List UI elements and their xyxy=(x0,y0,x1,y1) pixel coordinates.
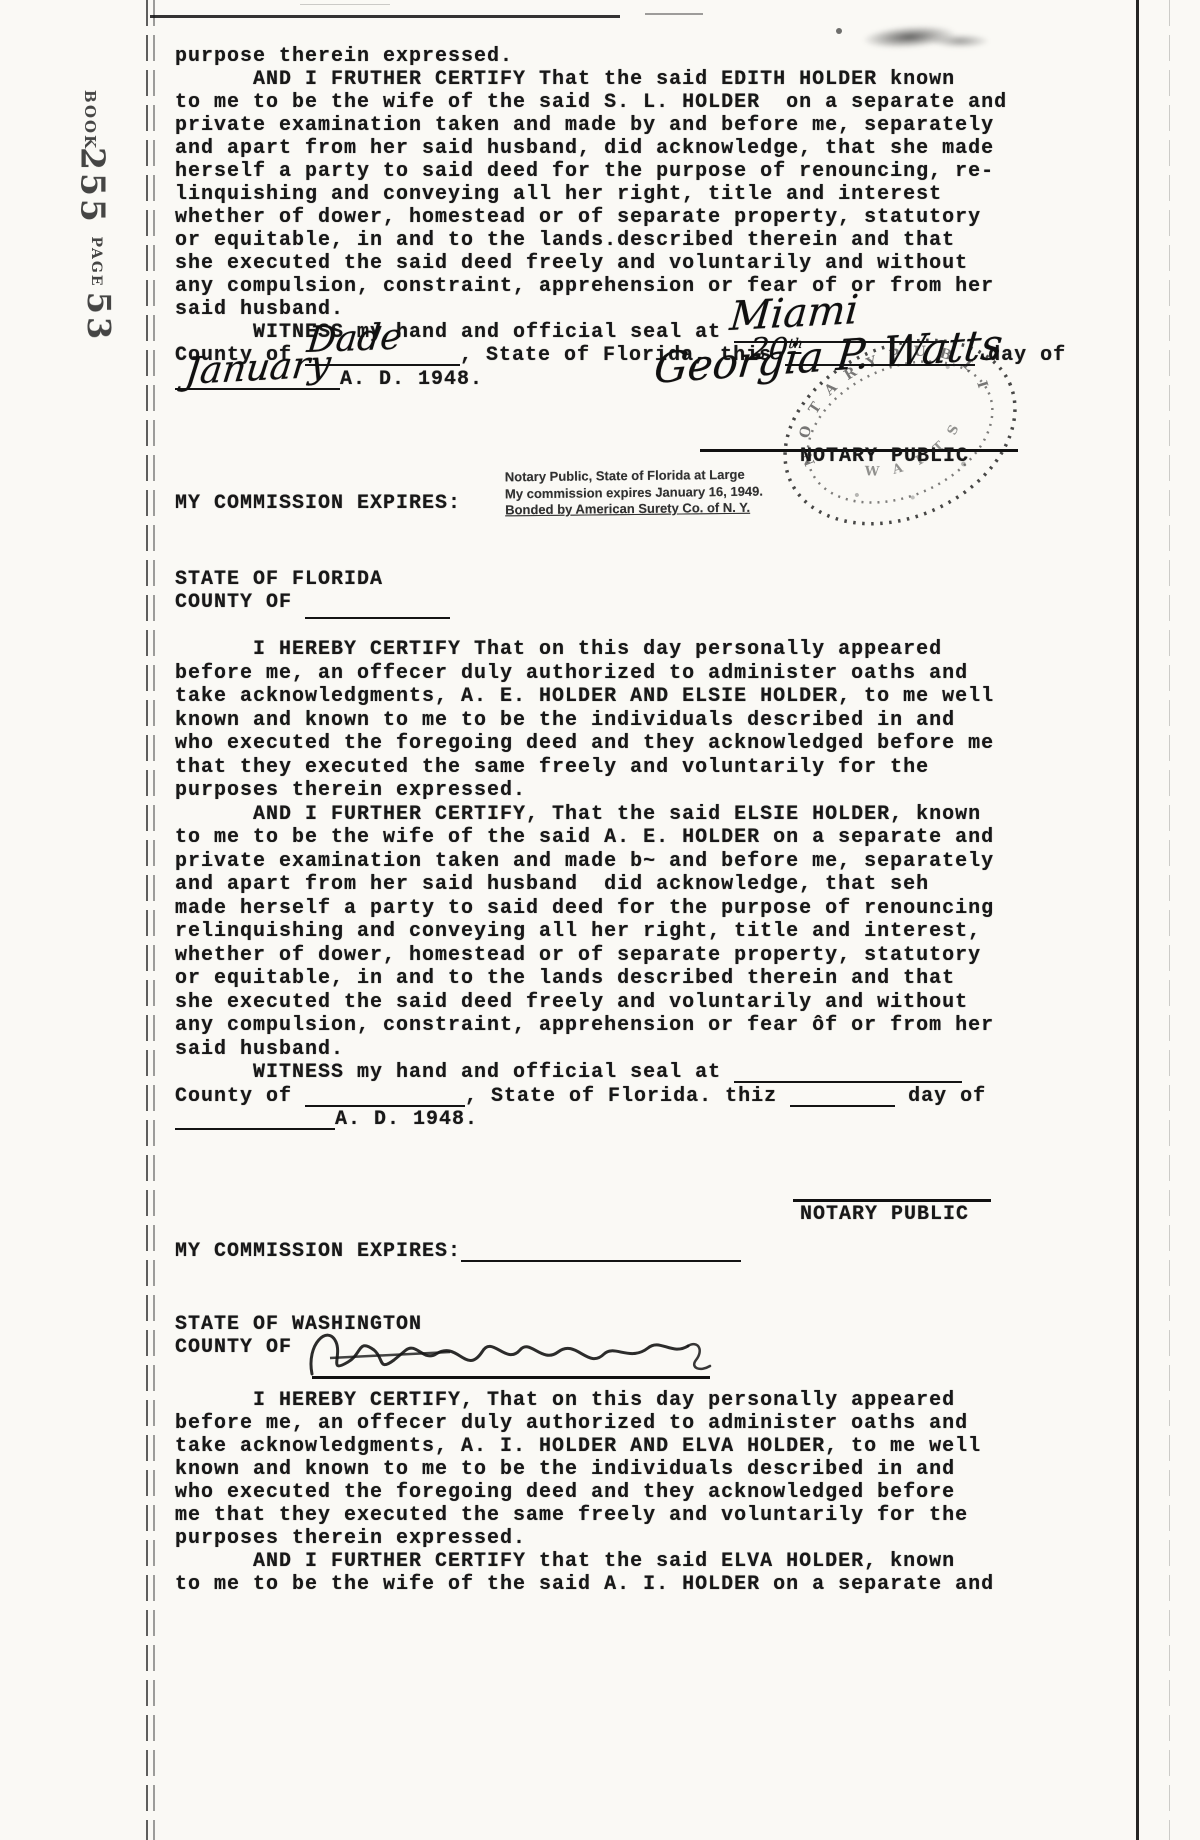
stamp-line-1: Notary Public, State of Florida at Large xyxy=(505,467,763,486)
right-border-faint xyxy=(1169,0,1170,1840)
commission-expires-underline xyxy=(461,1242,741,1262)
paragraph-2: I HEREBY CERTIFY That on this day person… xyxy=(175,638,994,1061)
county-blank-line-florida: COUNTY OF xyxy=(175,591,450,619)
date-line-2: A. D. 1948. xyxy=(175,1108,478,1131)
county-prefix-florida: COUNTY OF xyxy=(175,591,305,614)
county-prefix-2: County of xyxy=(175,1085,305,1108)
date-text-2: A. D. 1948. xyxy=(335,1108,478,1131)
witness-text-2: WITNESS my hand and official seal at xyxy=(175,1061,734,1084)
margin-page-number: 53 xyxy=(80,292,118,343)
seal-ring-text-2: W A T T S xyxy=(855,414,973,492)
state-heading-florida: STATE OF FLORIDA xyxy=(175,568,383,591)
commission-stamp: Notary Public, State of Florida at Large… xyxy=(505,467,763,519)
right-border xyxy=(1136,0,1139,1840)
county-mid-2: , State of Florida. thiz xyxy=(465,1085,790,1108)
commission-expires-line-1: MY COMMISSION EXPIRES: xyxy=(175,492,461,515)
paragraph-1: purpose therein expressed. AND I FRUTHER… xyxy=(175,45,1007,321)
notary-rule-2 xyxy=(793,1199,991,1202)
date-text-1: A. D. 1948. xyxy=(340,368,483,391)
county-underline-2 xyxy=(305,1087,465,1107)
commission-label-2: MY COMMISSION EXPIRES: xyxy=(175,1240,461,1263)
county-line-2: County of , State of Florida. thiz day o… xyxy=(175,1085,986,1108)
top-rule xyxy=(150,15,620,18)
svg-text:W A T T S: W A T T S xyxy=(855,414,973,492)
county-signature-scribble xyxy=(300,1316,730,1388)
left-border-outer xyxy=(146,0,148,1840)
ink-dot xyxy=(836,28,842,34)
commission-expires-line-2: MY COMMISSION EXPIRES: xyxy=(175,1240,741,1263)
margin-book-label: BOOK xyxy=(81,90,99,150)
margin-book-number: 255 xyxy=(74,147,113,225)
witness-underline-2 xyxy=(734,1063,962,1083)
left-border-inner xyxy=(153,0,155,1840)
top-edge-fragment xyxy=(300,4,390,5)
paragraph-3: I HEREBY CERTIFY, That on this day perso… xyxy=(175,1389,994,1596)
witness-line-2: WITNESS my hand and official seal at xyxy=(175,1061,962,1084)
witness-text-1: WITNESS my hand and official seal at xyxy=(175,321,734,344)
day-underline-2 xyxy=(790,1087,895,1107)
county-underline-florida xyxy=(305,599,450,619)
handwritten-january: January xyxy=(183,342,333,393)
month-underline-2 xyxy=(175,1110,335,1130)
top-rule-fragment xyxy=(645,13,703,15)
notary-public-label-2: NOTARY PUBLIC xyxy=(800,1203,969,1226)
seal-inner-ring xyxy=(785,334,1014,530)
notary-seal-stamp: N O T A R Y P U B L I C W A T T S xyxy=(765,322,1035,542)
county-line-washington: COUNTY OF xyxy=(175,1336,292,1359)
day-after-2: day of xyxy=(895,1085,986,1108)
document-page: BOOK 255 PAGE 53 purpose therein express… xyxy=(0,0,1200,1840)
margin-page-label: PAGE xyxy=(88,237,104,288)
stamp-line-3: Bonded by American Surety Co. of N. Y. xyxy=(505,500,763,519)
